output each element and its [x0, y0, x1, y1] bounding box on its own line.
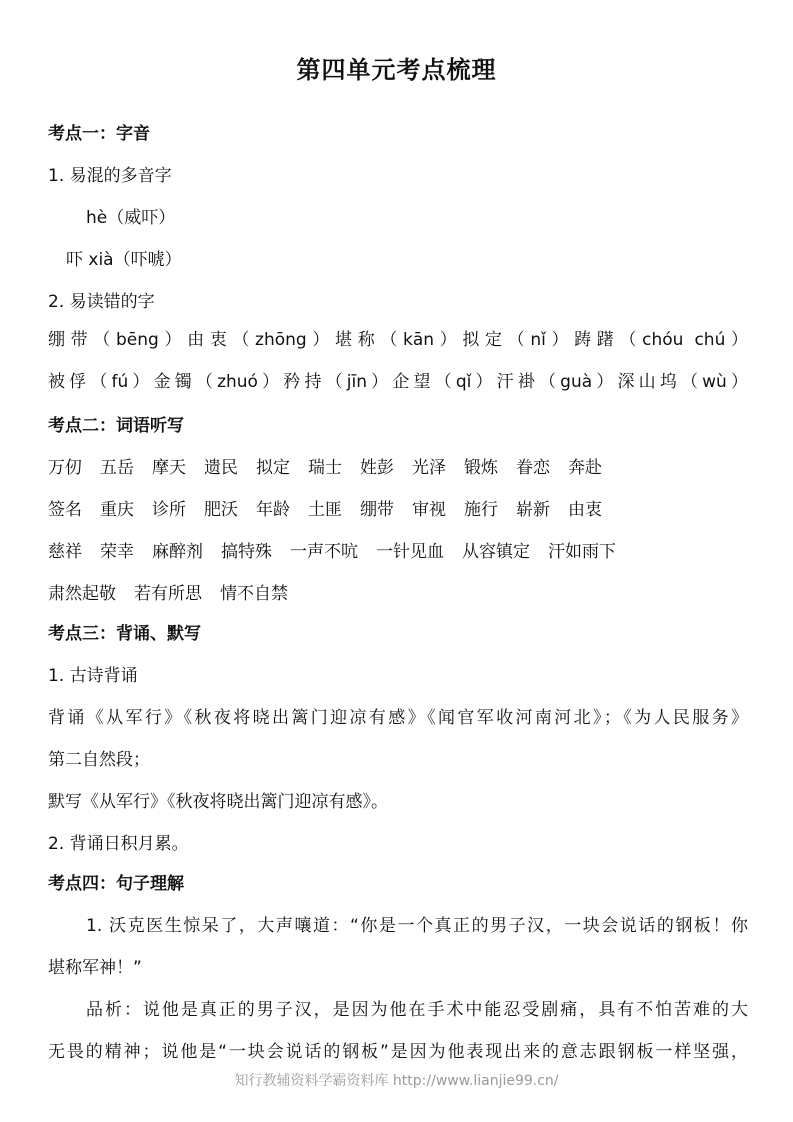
- word: 肃然起敬: [48, 582, 116, 606]
- polyphonic-xia: 吓 xià（吓唬）: [66, 248, 766, 272]
- sentence-quote-line-1: 1. 沃克医生惊呆了，大声嚷道：“你是一个真正的男子汉，一块会说话的钢板！你: [86, 914, 748, 938]
- word: 锻炼: [464, 456, 498, 480]
- word: 施行: [464, 498, 498, 522]
- subheading-misread: 2. 易读错的字: [48, 290, 748, 314]
- word-row-2: 签名重庆诊所肥沃年龄土匪绷带审视施行崭新由衷: [48, 498, 748, 522]
- word: 万仞: [48, 456, 82, 480]
- word: 瑞士: [308, 456, 342, 480]
- word: 年龄: [256, 498, 290, 522]
- word: 遗民: [204, 456, 238, 480]
- section-heading-2: 考点二：词语听写: [48, 414, 748, 438]
- word: 签名: [48, 498, 82, 522]
- word: 崭新: [516, 498, 550, 522]
- misread-line-1: 绷带（bēng）由衷（zhōng）堪称（kān）拟定（nǐ）踌躇（chóu ch…: [48, 328, 748, 352]
- misread-line-2: 被俘（fú）金镯（zhuó）矜持（jīn）企望（qǐ）汗褂（guà）深山坞（wù…: [48, 370, 748, 394]
- sentence-quote-line-2: 堪称军神！”: [48, 956, 748, 980]
- word: 一针见血: [376, 540, 444, 564]
- word: 拟定: [256, 456, 290, 480]
- recite-subheading: 1. 古诗背诵: [48, 664, 748, 688]
- word: 由衷: [568, 498, 602, 522]
- word: 眷恋: [516, 456, 550, 480]
- word-row-3: 慈祥荣幸麻醉剂搞特殊一声不吭一针见血从容镇定汗如雨下: [48, 540, 748, 564]
- word: 一声不吭: [290, 540, 358, 564]
- analysis-line-2: 无畏的精神；说他是“一块会说话的钢板”是因为他表现出来的意志跟钢板一样坚强，: [48, 1040, 748, 1064]
- word: 搞特殊: [221, 540, 272, 564]
- word-row-1: 万仞五岳摩天遗民拟定瑞士姓彭光泽锻炼眷恋奔赴: [48, 456, 748, 480]
- word-row-4: 肃然起敬若有所思情不自禁: [48, 582, 748, 606]
- recite-line-1: 背诵《从军行》《秋夜将晓出篱门迎凉有感》《闻官军收河南河北》；《为人民服务》: [48, 706, 748, 730]
- section-heading-4: 考点四：句子理解: [48, 872, 748, 896]
- word: 绷带: [360, 498, 394, 522]
- word: 麻醉剂: [152, 540, 203, 564]
- footer-watermark: 知行教辅资料学霸资料库 http://www.lianjie99.cn/: [0, 1070, 793, 1090]
- polyphonic-he: hè（威吓）: [86, 206, 786, 230]
- recite-accumulation: 2. 背诵日积月累。: [48, 832, 748, 856]
- word: 肥沃: [204, 498, 238, 522]
- section-heading-1: 考点一：字音: [48, 122, 748, 146]
- recite-line-2: 第二自然段；: [48, 748, 748, 772]
- word: 汗如雨下: [548, 540, 616, 564]
- word: 五岳: [100, 456, 134, 480]
- word: 从容镇定: [462, 540, 530, 564]
- word: 荣幸: [100, 540, 134, 564]
- word: 重庆: [100, 498, 134, 522]
- word: 姓彭: [360, 456, 394, 480]
- word: 若有所思: [134, 582, 202, 606]
- page-title: 第四单元考点梳理: [0, 50, 793, 85]
- document-page: 第四单元考点梳理 考点一：字音 1. 易混的多音字 hè（威吓） 吓 xià（吓…: [0, 0, 793, 1122]
- analysis-line-1: 品析：说他是真正的男子汉，是因为他在手术中能忍受剧痛，具有不怕苦难的大: [86, 998, 748, 1022]
- word: 审视: [412, 498, 446, 522]
- word: 情不自禁: [220, 582, 288, 606]
- section-heading-3: 考点三：背诵、默写: [48, 622, 748, 646]
- word: 慈祥: [48, 540, 82, 564]
- word: 土匪: [308, 498, 342, 522]
- word: 光泽: [412, 456, 446, 480]
- word: 诊所: [152, 498, 186, 522]
- word: 奔赴: [568, 456, 602, 480]
- word: 摩天: [152, 456, 186, 480]
- dictation-line: 默写《从军行》《秋夜将晓出篱门迎凉有感》。: [48, 790, 748, 814]
- subheading-polyphonic: 1. 易混的多音字: [48, 164, 748, 188]
